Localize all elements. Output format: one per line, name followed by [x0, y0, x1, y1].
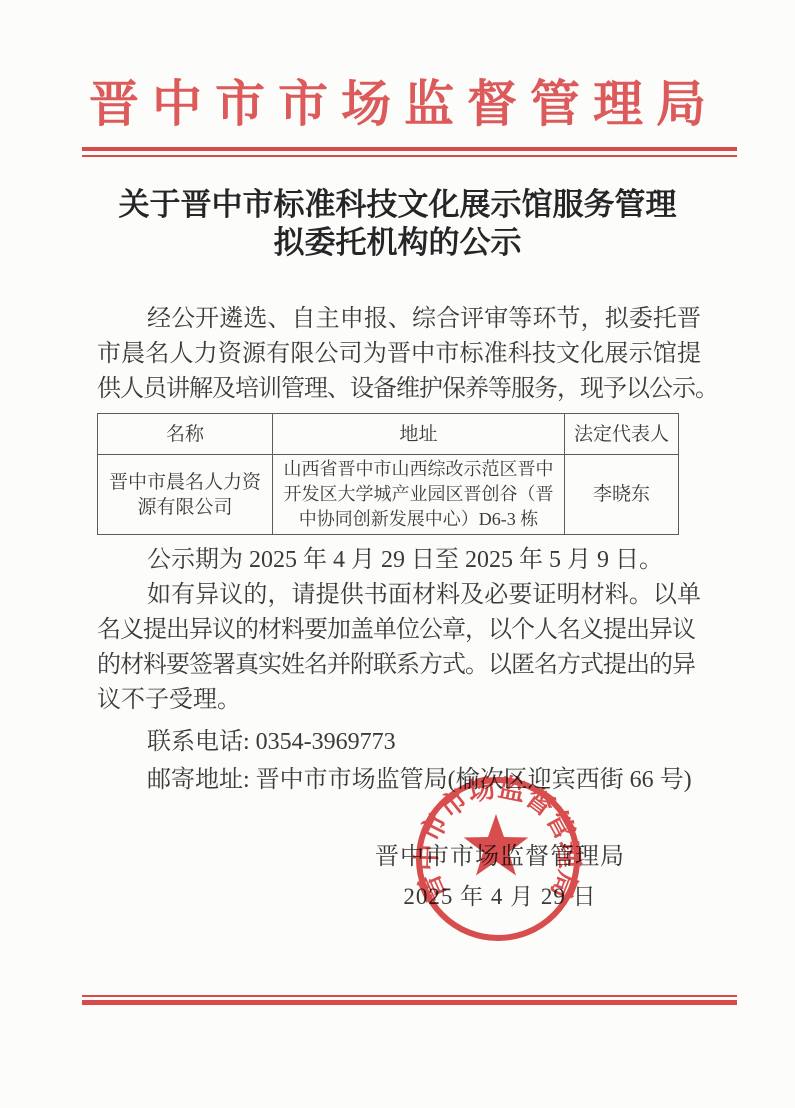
- table-header-name: 名称: [98, 414, 273, 455]
- body-text-line: 如有异议的，请提供书面材料及必要证明材料。以单位: [97, 578, 701, 613]
- document-title: 关于晋中市标准科技文化展示馆服务管理 拟委托机构的公示: [0, 186, 795, 262]
- contact-phone: 联系电话: 0354-3969773: [97, 724, 751, 760]
- body-text-line: 议不子受理。: [97, 683, 701, 718]
- publicity-table: 名称 地址 法定代表人 晋中市晨名人力资源有限公司 山西省晋中市山西综改示范区晋…: [97, 413, 679, 535]
- paragraph-intro: 经公开遴选、自主申报、综合评审等环节，拟委托晋中 市晨名人力资源有限公司为晋中市…: [97, 302, 701, 407]
- table-header-legal-rep: 法定代表人: [565, 414, 679, 455]
- body-text-line: 名义提出异议的材料要加盖单位公章，以个人名义提出异议: [97, 613, 701, 648]
- footer-divider: [82, 995, 737, 1005]
- letterhead-divider: [82, 147, 737, 157]
- divider-thick-line: [82, 1000, 737, 1005]
- cell-company-name: 晋中市晨名人力资源有限公司: [98, 455, 273, 535]
- document-title-line2: 拟委托机构的公示: [0, 224, 795, 262]
- document-page: 晋中市市场监督管理局 关于晋中市标准科技文化展示馆服务管理 拟委托机构的公示 经…: [0, 0, 795, 1108]
- body-text-line: 市晨名人力资源有限公司为晋中市标准科技文化展示馆提: [97, 337, 701, 372]
- document-title-line1: 关于晋中市标准科技文化展示馆服务管理: [0, 186, 795, 224]
- seal-star-icon: [464, 814, 529, 876]
- table-header-address: 地址: [273, 414, 565, 455]
- body-text-line: 的材料要签署真实姓名并附联系方式。以匿名方式提出的异: [97, 648, 701, 683]
- table-row: 晋中市晨名人力资源有限公司 山西省晋中市山西综改示范区晋中开发区大学城产业园区晋…: [98, 455, 679, 535]
- paragraph-period: 公示期为 2025 年 4 月 29 日至 2025 年 5 月 9 日。: [97, 542, 751, 578]
- cell-legal-rep: 李晓东: [565, 455, 679, 535]
- cell-company-address: 山西省晋中市山西综改示范区晋中开发区大学城产业园区晋创谷（晋中协同创新发展中心）…: [273, 455, 565, 535]
- letterhead-title: 晋中市市场监督管理局: [0, 76, 795, 132]
- divider-thin-line: [82, 155, 737, 157]
- official-seal: 晋中市市场监督管理局: [398, 756, 602, 968]
- paragraph-objection: 如有异议的，请提供书面材料及必要证明材料。以单位 名义提出异议的材料要加盖单位公…: [97, 578, 701, 718]
- table-header-row: 名称 地址 法定代表人: [98, 414, 679, 455]
- body-text-line: 经公开遴选、自主申报、综合评审等环节，拟委托晋中: [97, 302, 701, 337]
- body-text-line: 供人员讲解及培训管理、设备维护保养等服务，现予以公示。: [97, 372, 701, 407]
